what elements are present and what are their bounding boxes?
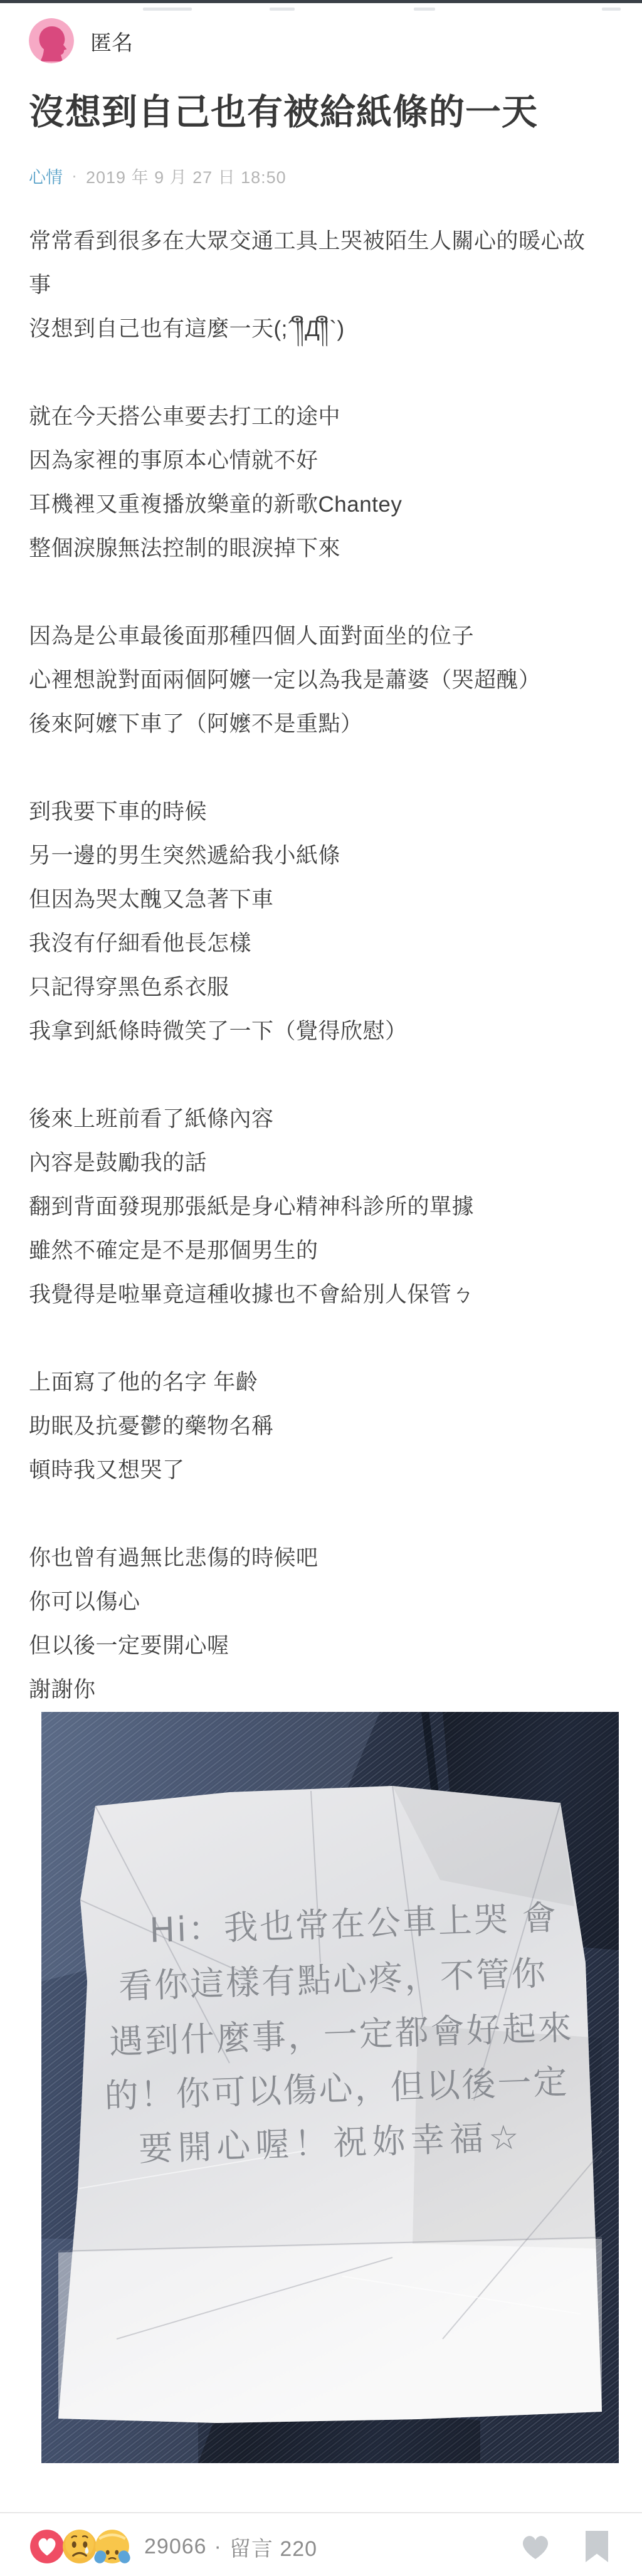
- status-bar-remnant: [0, 0, 642, 3]
- paragraph: 後來上班前看了紙條內容 內容是鼓勵我的話 翻到背面發現那張紙是身心精神科診所的單…: [29, 1097, 607, 1317]
- cutoff-text-fragment: [143, 8, 192, 11]
- footer-actions: [520, 2531, 608, 2562]
- comments-count: 留言 220: [229, 2531, 317, 2562]
- post-datetime: 2019 年 9 月 27 日 18:50: [86, 164, 287, 188]
- post-meta: 心情 · 2019 年 9 月 27 日 18:50: [29, 164, 613, 188]
- post-body: 常常看到很多在大眾交通工具上哭被陌生人關心的暖心故事 沒想到自己也有這麼一天(;…: [29, 219, 607, 1712]
- reaction-and-comment-counts[interactable]: 29066 · 留言 220: [144, 2531, 317, 2562]
- paragraph: 到我要下車的時候 另一邊的男生突然遞給我小紙條 但因為哭太醜又急著下車 我沒有仔…: [29, 790, 607, 1053]
- handwritten-note-text: Hi：我也常在公車上哭 會 看你這樣有點心疼，不管你 遇到什麼事，一定都會好起來…: [99, 1898, 578, 2170]
- note-photo[interactable]: Hi：我也常在公車上哭 會 看你這樣有點心疼，不管你 遇到什麼事，一定都會好起來…: [41, 1712, 619, 2463]
- sad-tear-reaction-icon: [61, 2528, 98, 2565]
- counts-separator: ·: [214, 2535, 222, 2559]
- love-heart-reaction-icon: [29, 2528, 65, 2565]
- post-title: 沒想到自己也有被給紙條的一天: [29, 92, 613, 132]
- paragraph: 就在今天搭公車要去打工的途中 因為家裡的事原本心情就不好 耳機裡又重複播放樂童的…: [29, 395, 607, 571]
- topic-link[interactable]: 心情: [29, 164, 63, 188]
- reactions-count: 29066: [144, 2535, 207, 2559]
- paragraph: 你也曾有過無比悲傷的時候吧 你可以傷心 但以後一定要開心喔 謝謝你: [29, 1536, 607, 1712]
- avatar: [29, 18, 74, 63]
- reaction-summary[interactable]: [29, 2528, 127, 2565]
- bookmark-save-button[interactable]: [586, 2531, 608, 2562]
- like-heart-button[interactable]: [520, 2533, 550, 2560]
- paragraph: 因為是公車最後面那種四個人面對面坐的位子 心裡想說對面兩個阿嬤一定以為我是蕭婆（…: [29, 615, 607, 746]
- author-name: 匿名: [90, 26, 133, 56]
- post-page: 匿名 沒想到自己也有被給紙條的一天 心情 · 2019 年 9 月 27 日 1…: [0, 0, 642, 2576]
- anonymous-avatar-icon: [29, 18, 74, 63]
- cutoff-text-fragment: [602, 8, 621, 11]
- meta-separator: ·: [71, 166, 77, 186]
- post-footer: 29066 · 留言 220: [0, 2513, 642, 2576]
- paragraph: 常常看到很多在大眾交通工具上哭被陌生人關心的暖心故事 沒想到自己也有這麼一天(;…: [29, 219, 607, 351]
- paragraph: 上面寫了他的名字 年齡 助眠及抗憂鬱的藥物名稱 頓時我又想哭了: [29, 1361, 607, 1492]
- cutoff-text-fragment: [270, 8, 295, 11]
- crying-reaction-icon: [94, 2528, 130, 2565]
- cutoff-text-fragment: [414, 8, 435, 11]
- post-header: 匿名: [29, 18, 642, 63]
